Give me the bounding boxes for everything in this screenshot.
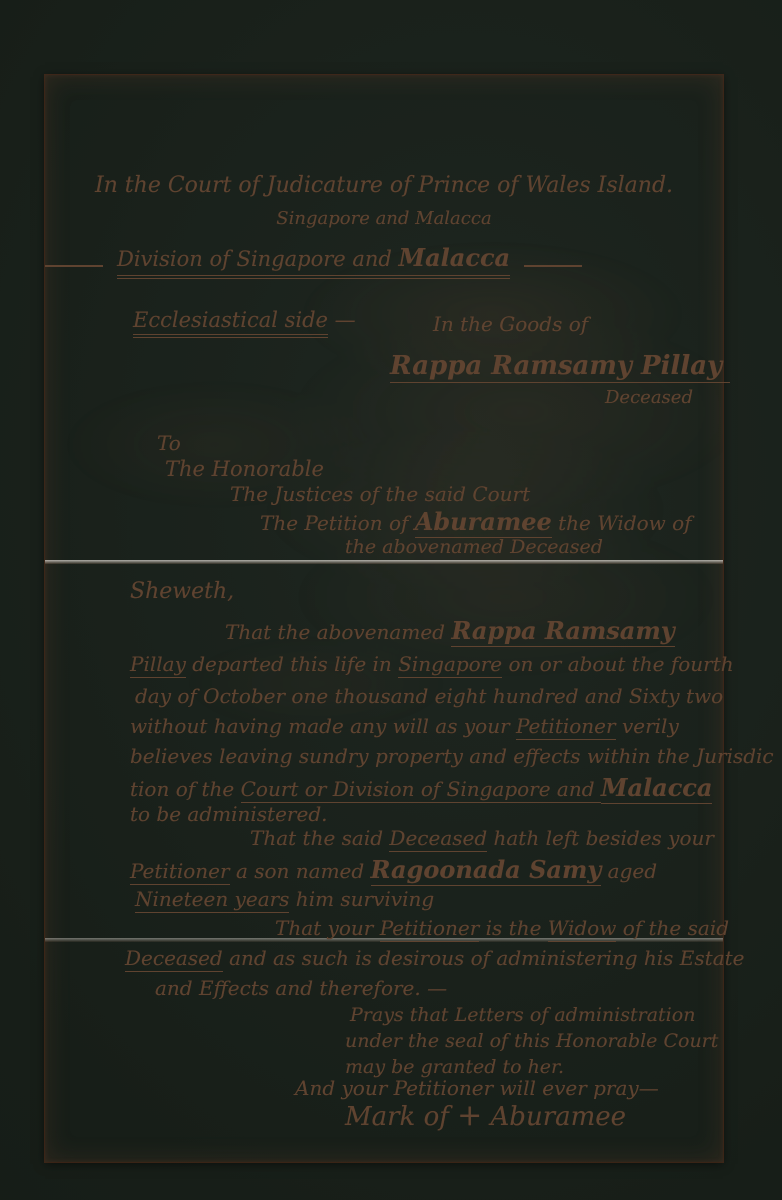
widow-of-text: the Widow of <box>552 511 692 535</box>
line-body-1: That the abovenamed Rappa Ramsamy <box>225 616 675 646</box>
body-text: and as such is desirous of administering… <box>223 946 745 970</box>
to-text: To <box>157 431 181 455</box>
body-text: hath left besides your <box>487 826 714 850</box>
abovenamed-deceased-text: the abovenamed Deceased <box>345 536 603 558</box>
body-text: tion of the <box>130 777 241 801</box>
body-text: aged <box>601 859 657 883</box>
line-body-12: Deceased and as such is desirous of admi… <box>125 946 745 971</box>
petitioner-word-text: Petitioner <box>380 916 480 942</box>
malacca-text: Malacca <box>601 773 713 804</box>
jurisdiction-text: Singapore and Malacca <box>276 208 491 229</box>
document-paper: In the Court of Judicature of Prince of … <box>45 75 723 1162</box>
line-division-heading: Division of Singapore and Malacca <box>45 243 582 279</box>
son-age-text: Nineteen years <box>135 887 289 913</box>
ecclesiastical-side-text: Ecclesiastical side <box>133 308 328 338</box>
line-body-10: Nineteen years him surviving <box>135 887 434 912</box>
signature-name-text: Aburamee <box>482 1102 626 1132</box>
deceased-label-text: Deceased <box>605 387 693 408</box>
body-text: without having made any will as your <box>130 714 516 738</box>
line-body-9: Petitioner a son named Ragoonada Samy ag… <box>130 855 657 885</box>
division-text: Division of Singapore and <box>117 247 399 271</box>
body-text: and Effects and therefore. — <box>155 976 447 1000</box>
line-prayer-1: Prays that Letters of administration <box>350 1004 695 1028</box>
in-goods-of-text: In the Goods of <box>433 312 588 336</box>
line-sheweth: Sheweth, <box>130 578 234 606</box>
line-body-7: to be administered. <box>130 802 328 827</box>
body-text: believes leaving sundry property and eff… <box>130 744 774 768</box>
line-deceased-name: Rappa Ramsamy Pillay <box>390 350 730 383</box>
body-text: him surviving <box>289 887 434 911</box>
body-text: That your <box>275 916 380 940</box>
body-text: verily <box>616 714 679 738</box>
heading-dash-right <box>524 265 582 267</box>
deceased-word-text: Deceased <box>125 946 223 972</box>
line-justices: The Justices of the said Court <box>230 482 530 507</box>
line-body-5: believes leaving sundry property and eff… <box>130 744 774 769</box>
line-body-11: That your Petitioner is the Widow of the… <box>275 916 729 941</box>
line-body-6: tion of the Court or Division of Singapo… <box>130 773 712 803</box>
mark-of-text: Mark of <box>345 1102 457 1132</box>
justices-text: The Justices of the said Court <box>230 482 530 506</box>
singapore-text: Singapore <box>398 652 502 678</box>
line-body-3: day of October one thousand eight hundre… <box>135 684 723 709</box>
deceased-firstname-text: Rappa Ramsamy <box>451 616 674 647</box>
line-body-8: That the said Deceased hath left besides… <box>250 826 714 851</box>
court-title-text: In the Court of Judicature of Prince of … <box>95 173 673 198</box>
deceased-name-text: Rappa Ramsamy Pillay <box>390 351 730 383</box>
line-body-4: without having made any will as your Pet… <box>130 714 679 739</box>
son-name-text: Ragoonada Samy <box>371 855 602 886</box>
line-body-2: Pillay departed this life in Singapore o… <box>130 652 734 677</box>
line-in-the-goods-of: In the Goods of <box>433 312 588 337</box>
body-text: on or about the fourth <box>502 652 734 676</box>
petitioner-word-text: Petitioner <box>130 859 230 885</box>
body-text: departed this life in <box>186 652 398 676</box>
signature-cross-mark: + <box>457 1098 482 1133</box>
prayer-text: Prays that Letters of administration <box>350 1004 695 1026</box>
line-petition-of: The Petition of Aburamee the Widow of <box>260 507 692 537</box>
line-ecclesiastical-side: Ecclesiastical side — <box>133 307 356 333</box>
punch-hole <box>92 983 116 1007</box>
widow-word-text: Widow <box>548 916 617 942</box>
line-to: To <box>157 431 181 456</box>
division-heading-text: Division of Singapore and Malacca <box>117 243 510 279</box>
heading-dash-left <box>45 265 103 267</box>
scan-background: { "page": { "background_color": "#171e18… <box>0 0 782 1200</box>
body-text: a son named <box>230 859 371 883</box>
division-malacca-text: Malacca <box>399 243 511 272</box>
deceased-surname-text: Pillay <box>130 652 186 678</box>
line-abovenamed-deceased: the abovenamed Deceased <box>345 536 603 560</box>
deceased-word-text: Deceased <box>389 826 487 852</box>
prayer-text: under the seal of this Honorable Court <box>345 1030 718 1052</box>
line-body-13: and Effects and therefore. — <box>155 976 447 1001</box>
prayer-text: may be granted to her. <box>345 1056 564 1078</box>
line-deceased-label: Deceased <box>605 384 693 410</box>
death-date-text: day of October one thousand eight hundre… <box>135 684 723 708</box>
sheweth-text: Sheweth, <box>130 579 234 604</box>
honorable-text: The Honorable <box>165 457 324 481</box>
line-signature-mark: Mark of + Aburamee <box>345 1097 626 1135</box>
line-court-title: In the Court of Judicature of Prince of … <box>45 172 723 200</box>
line-jurisdiction: Singapore and Malacca <box>45 208 723 231</box>
court-division-text: Court or Division of Singapore and <box>241 777 601 803</box>
line-honorable: The Honorable <box>165 456 324 482</box>
body-text: is the <box>479 916 548 940</box>
body-text: That the abovenamed <box>225 620 451 644</box>
petitioner-name-text: Aburamee <box>415 507 552 538</box>
body-text: That the said <box>250 826 389 850</box>
petitioner-word-text: Petitioner <box>516 714 616 740</box>
line-prayer-2: under the seal of this Honorable Court <box>345 1030 718 1054</box>
body-text: of the said <box>616 916 729 940</box>
fold-crease <box>45 560 723 564</box>
body-text: to be administered. <box>130 802 328 826</box>
petition-of-text: The Petition of <box>260 511 415 535</box>
ecclesiastical-dash: — <box>328 308 356 332</box>
